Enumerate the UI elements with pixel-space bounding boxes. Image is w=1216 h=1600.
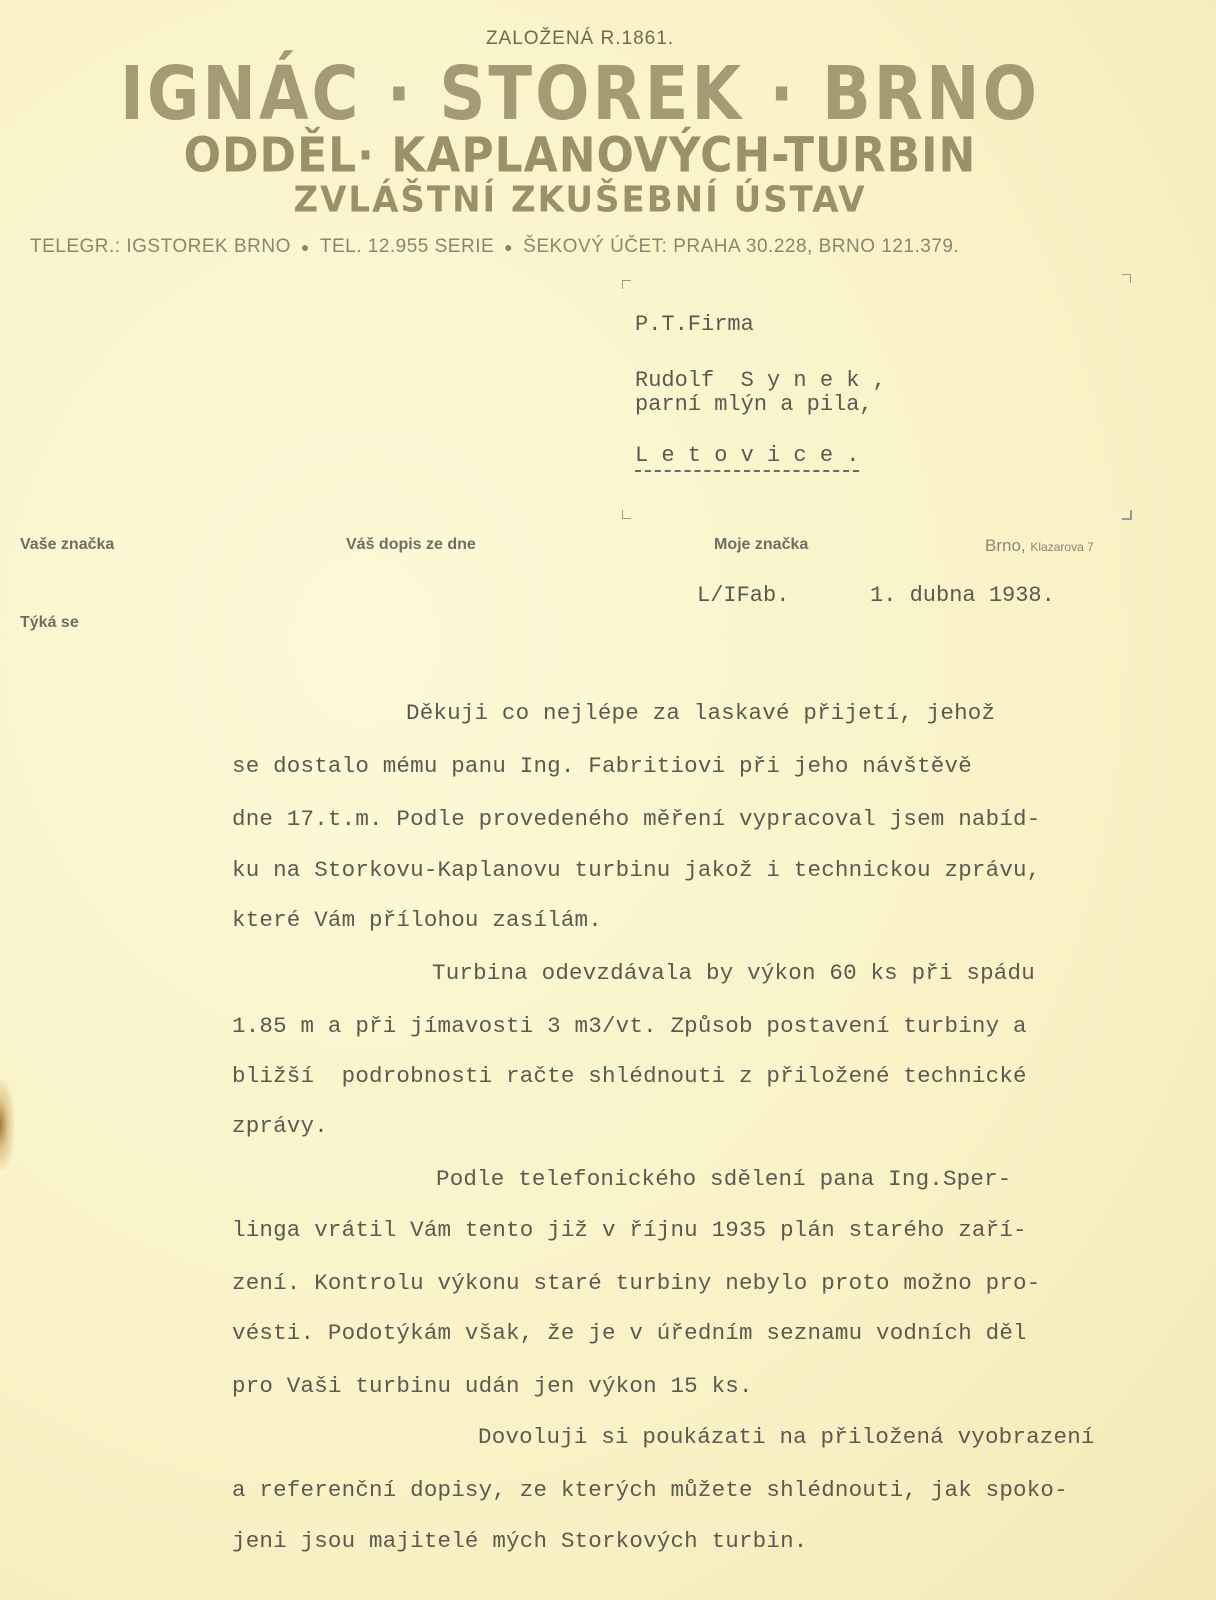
body-line: jeni jsou majitelé mých Storkových turbi… xyxy=(232,1528,808,1554)
bank-account: ŠEKOVÝ ÚČET: PRAHA 30.228, BRNO 121.379. xyxy=(523,236,959,257)
body-line: které Vám přílohou zasílám. xyxy=(232,907,602,933)
place-street: Klazarova 7 xyxy=(1030,540,1093,554)
subject-label: Týká se xyxy=(20,614,79,632)
body-line: bližší podrobnosti račte shlédnouti z př… xyxy=(232,1063,1027,1089)
body-line: pro Vaši turbinu udán jen výkon 15 ks. xyxy=(232,1373,753,1399)
letter-date: 1. dubna 1938. xyxy=(870,583,1055,608)
body-line: zení. Kontrolu výkonu staré turbiny neby… xyxy=(232,1270,1040,1296)
phone-number: TEL. 12.955 SERIE xyxy=(320,236,494,257)
founded-year: ZALOŽENÁ R.1861. xyxy=(0,28,1160,50)
telegraph-address: TELEGR.: IGSTOREK BRNO xyxy=(30,236,291,257)
body-line: Dovoluji si poukázati na přiložená vyobr… xyxy=(232,1424,1095,1450)
recipient-line-business: parní mlýn a pila, xyxy=(635,392,873,417)
address-corner-mark xyxy=(622,280,631,289)
body-line: 1.85 m a při jímavosti 3 m3/vt. Způsob p… xyxy=(232,1013,1027,1039)
recipient-line-firm: P.T.Firma xyxy=(635,312,754,337)
company-name: IGNÁC · STOREK · BRNO xyxy=(0,52,1160,137)
body-line: vésti. Podotýkám však, že je v úředním s… xyxy=(232,1320,1027,1346)
institute-name: ZVLÁŠTNÍ ZKUŠEBNÍ ÚSTAV xyxy=(0,179,1160,221)
body-line: linga vrátil Vám tento již v říjnu 1935 … xyxy=(232,1217,1027,1243)
department-name: ODDĚL· KAPLANOVÝCH-TURBIN xyxy=(0,127,1160,183)
body-line: Děkuji co nejlépe za laskavé přijetí, je… xyxy=(232,700,995,726)
your-ref-label: Vaše značka xyxy=(20,536,114,554)
bullet-icon: ● xyxy=(301,239,310,255)
address-corner-mark xyxy=(1122,274,1131,283)
address-corner-mark xyxy=(622,510,631,519)
paper-stain xyxy=(0,1080,14,1170)
place-city: Brno, xyxy=(985,536,1026,555)
your-letter-label: Váš dopis ze dne xyxy=(346,536,476,554)
my-ref-label: Moje značka xyxy=(714,536,808,554)
bullet-icon: ● xyxy=(504,239,513,255)
contact-line: TELEGR.: IGSTOREK BRNO●TEL. 12.955 SERIE… xyxy=(30,236,1160,258)
address-corner-mark xyxy=(1122,510,1132,520)
recipient-line-name: Rudolf S y n e k , xyxy=(635,368,886,393)
my-ref-value: L/IFab. xyxy=(697,583,789,608)
body-line: Turbina odevzdávala by výkon 60 ks při s… xyxy=(232,960,1035,986)
recipient-line-town: L e t o v i c e . xyxy=(635,443,859,472)
body-line: Podle telefonického sdělení pana Ing.Spe… xyxy=(232,1166,1012,1192)
body-line: a referenční dopisy, ze kterých můžete s… xyxy=(232,1477,1068,1503)
place-label: Brno, Klazarova 7 xyxy=(985,536,1094,556)
body-line: zprávy. xyxy=(232,1113,328,1139)
body-line: ku na Storkovu-Kaplanovu turbinu jakož i… xyxy=(232,857,1040,883)
body-line: dne 17.t.m. Podle provedeného měření vyp… xyxy=(232,806,1040,832)
body-line: se dostalo mému panu Ing. Fabritiovi při… xyxy=(232,753,972,779)
